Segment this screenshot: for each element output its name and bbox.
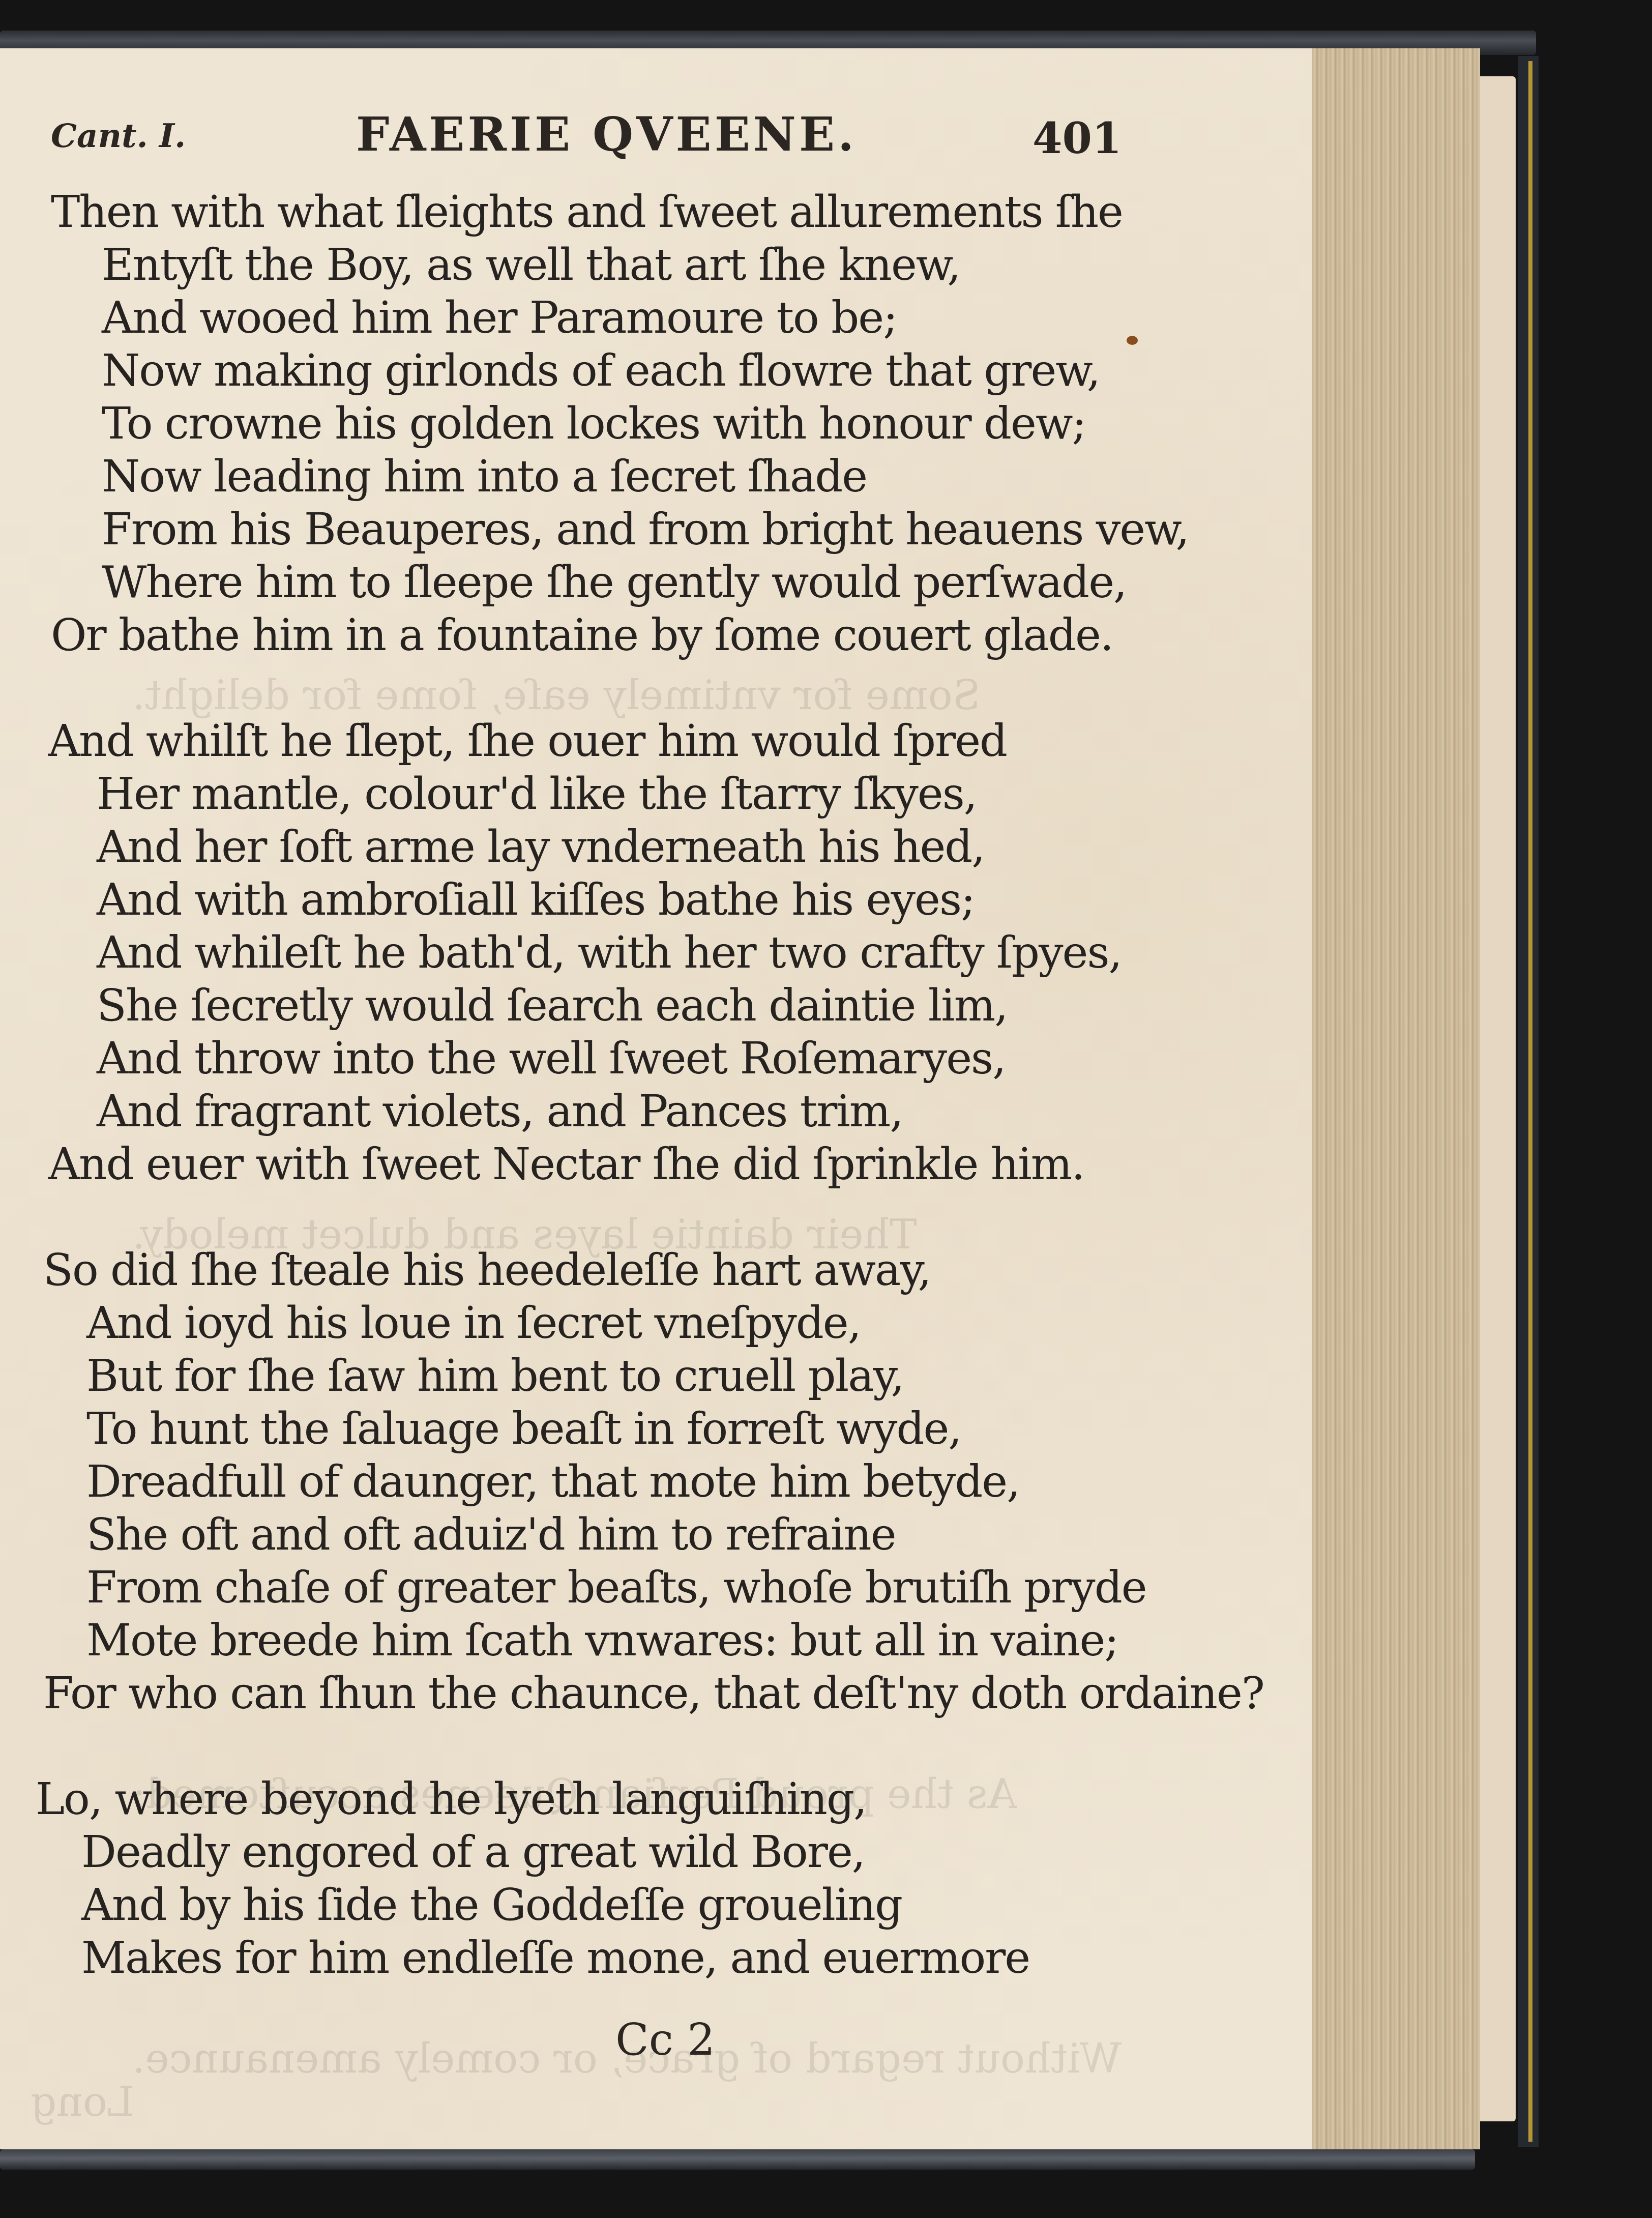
show-through-text: Long bbox=[31, 2078, 134, 2125]
end-leaf bbox=[1480, 76, 1516, 2121]
verse-line: And wooed him her Paramoure to be; bbox=[0, 291, 1221, 344]
verse-line: Then with what ſleights and ſweet allure… bbox=[0, 186, 1221, 239]
verse-line: For who can ſhun the chaunce, that deſt'… bbox=[0, 1667, 1221, 1720]
verse-line: She oft and oft aduiz'd him to refraine bbox=[0, 1508, 1221, 1561]
verse-line: Mote breede him ſcath vnwares: but all i… bbox=[0, 1614, 1221, 1667]
stanza: And whilſt he ſlept, ſhe ouer him would … bbox=[0, 715, 1221, 1191]
verse-line: Her mantle, colour'd like the ſtarry ſky… bbox=[0, 768, 1221, 821]
page-number: 401 bbox=[1032, 113, 1122, 163]
verse-line: Or bathe him in a fountaine by ſome coue… bbox=[0, 609, 1221, 662]
verse-line: And with ambroſiall kiſſes bathe his eye… bbox=[0, 873, 1221, 926]
verse-line: Entyſt the Boy, as well that art ſhe kne… bbox=[0, 239, 1221, 291]
verse-line: And throw into the well ſweet Roſemaryes… bbox=[0, 1032, 1221, 1085]
verse-line: And whileſt he bath'd, with her two craf… bbox=[0, 926, 1221, 979]
running-title: FAERIE QVEENE. bbox=[356, 107, 857, 162]
verse-line: To hunt the ſaluage beaſt in forreſt wyd… bbox=[0, 1403, 1221, 1455]
verse-line: She ſecretly would ſearch each daintie l… bbox=[0, 979, 1221, 1032]
verse-line: From chaſe of greater beaſts, whoſe brut… bbox=[0, 1561, 1221, 1614]
verse-line: And ioyd his loue in ſecret vneſpyde, bbox=[0, 1297, 1221, 1350]
signature-mark: Cc 2 bbox=[615, 2015, 715, 2065]
poem-text: Then with what ſleights and ſweet allure… bbox=[0, 186, 1221, 2037]
verse-line: Makes for him endleſſe mone, and euermor… bbox=[0, 1932, 1221, 1984]
verse-line: Where him to ſleepe ſhe gently would per… bbox=[0, 556, 1221, 609]
page-block-fore-edge bbox=[1312, 48, 1480, 2149]
verse-line: But for ſhe ſaw him bent to cruell play, bbox=[0, 1350, 1221, 1403]
book-cover-bottom-edge bbox=[0, 2149, 1475, 2170]
stanza: Lo, where beyond he lyeth languiſhing, D… bbox=[0, 1773, 1221, 1984]
canto-label: Cant. I. bbox=[51, 117, 186, 155]
verse-line: And by his ſide the Goddeſſe groueling bbox=[0, 1879, 1221, 1932]
verse-line: Deadly engored of a great wild Bore, bbox=[0, 1826, 1221, 1879]
verse-line: And her ſoft arme lay vnderneath his hed… bbox=[0, 821, 1221, 873]
running-header: Cant. I. FAERIE QVEENE. 401 bbox=[0, 107, 1170, 168]
verse-line: Now leading him into a ſecret ſhade bbox=[0, 450, 1221, 503]
verse-line: Lo, where beyond he lyeth languiſhing, bbox=[0, 1773, 1221, 1826]
verse-line: To crowne his golden lockes with honour … bbox=[0, 397, 1221, 450]
verse-line: Dreadfull of daunger, that mote him bety… bbox=[0, 1455, 1221, 1508]
verse-line: So did ſhe ſteale his heedeleſſe hart aw… bbox=[0, 1244, 1221, 1297]
verse-line: Now making girlonds of each flowre that … bbox=[0, 344, 1221, 397]
verse-line: And fragrant violets, and Pances trim, bbox=[0, 1085, 1221, 1138]
verse-line: From his Beauperes, and from bright heau… bbox=[0, 503, 1221, 556]
verse-line: And whilſt he ſlept, ſhe ouer him would … bbox=[0, 715, 1221, 768]
stanza: Then with what ſleights and ſweet allure… bbox=[0, 186, 1221, 662]
stanza: So did ſhe ſteale his heedeleſſe hart aw… bbox=[0, 1244, 1221, 1720]
verse-line: And euer with ſweet Nectar ſhe did ſprin… bbox=[0, 1138, 1221, 1191]
gilt-tooling-line bbox=[1528, 61, 1532, 2142]
